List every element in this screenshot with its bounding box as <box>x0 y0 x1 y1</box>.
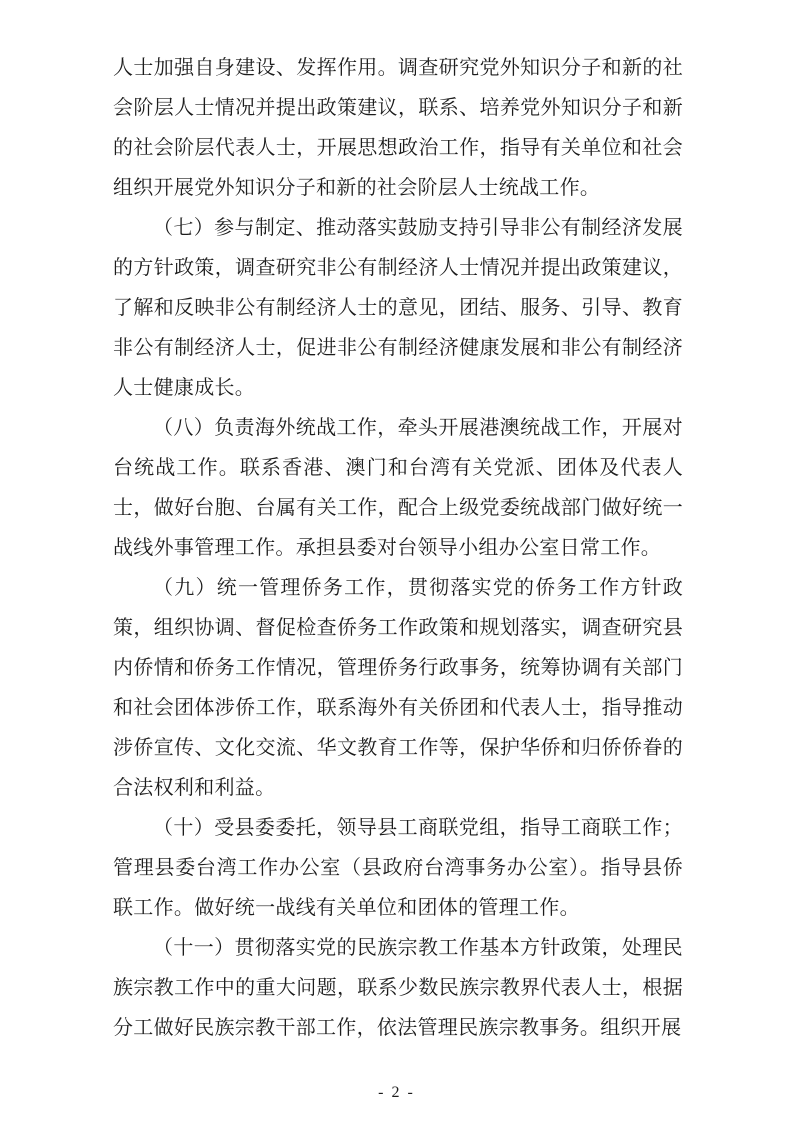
document-page: 人士加强自身建设、发挥作用。调查研究党外知识分子和新的社会阶层人士情况并提出政策… <box>0 0 793 1122</box>
paragraph-item-8: （八）负责海外统战工作，牵头开展港澳统战工作，开展对台统战工作。联系香港、澳门和… <box>113 408 683 568</box>
paragraph-item-7: （七）参与制定、推动落实鼓励支持引导非公有制经济发展的方针政策，调查研究非公有制… <box>113 208 683 408</box>
paragraph-item-11: （十一）贯彻落实党的民族宗教工作基本方针政策，处理民族宗教工作中的重大问题，联系… <box>113 928 683 1048</box>
paragraph-item-9: （九）统一管理侨务工作，贯彻落实党的侨务工作方针政策，组织协调、督促检查侨务工作… <box>113 568 683 808</box>
page-number: - 2 - <box>0 1082 793 1104</box>
paragraph-continuation: 人士加强自身建设、发挥作用。调查研究党外知识分子和新的社会阶层人士情况并提出政策… <box>113 48 683 208</box>
document-body: 人士加强自身建设、发挥作用。调查研究党外知识分子和新的社会阶层人士情况并提出政策… <box>113 48 683 1048</box>
paragraph-item-10: （十）受县委委托，领导县工商联党组，指导工商联工作；管理县委台湾工作办公室（县政… <box>113 808 683 928</box>
